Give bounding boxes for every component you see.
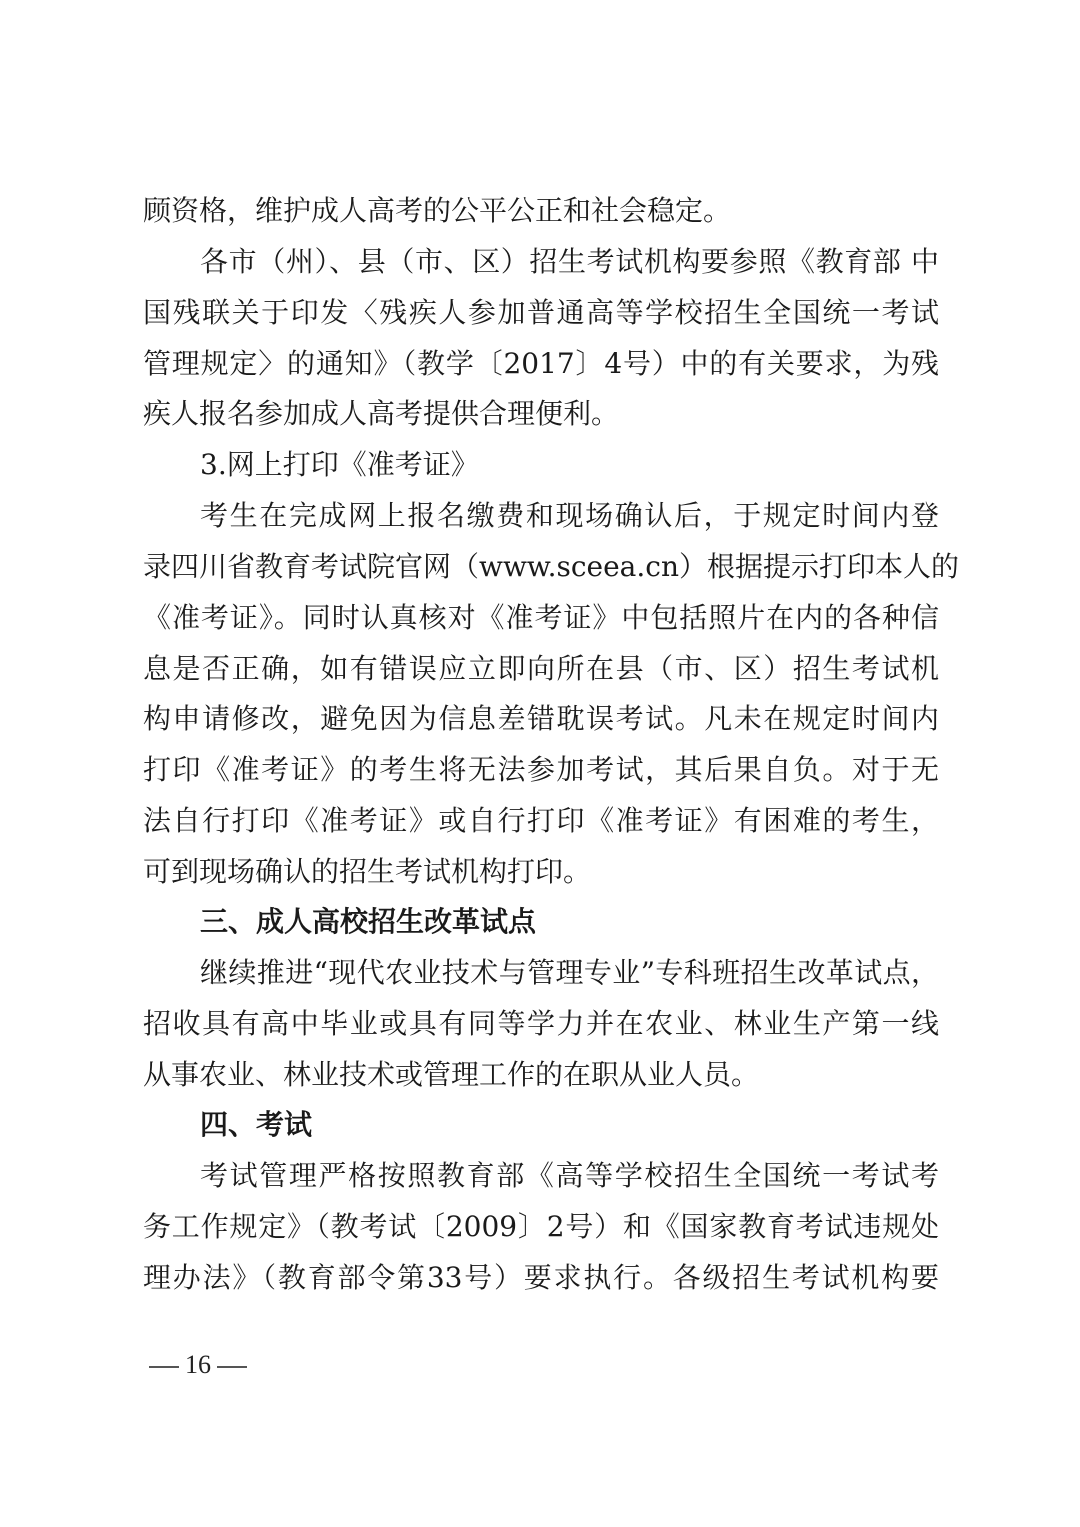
page-number: 16 [185,1350,211,1379]
text-line: 继续推进“现代农业技术与管理专业”专科班招生改革试点， [200,947,939,998]
text-line: 《准考证》。同时认真核对《准考证》中包括照片在内的各种信 [143,592,939,643]
dash-left [149,1366,179,1368]
section-heading: 三、成人高校招生改革试点 [200,896,939,947]
dash-right [217,1366,247,1368]
text-line: 录四川省教育考试院官网（www.sceea.cn）根据提示打印本人的 [143,541,939,592]
text-line: 构申请修改，避免因为信息差错耽误考试。凡未在规定时间内 [143,693,939,744]
text-line: 考生在完成网上报名缴费和现场确认后，于规定时间内登 [200,490,939,541]
page-footer: 16 [143,1345,253,1385]
text-line: 管理规定〉的通知》（教学〔2017〕4号）中的有关要求，为残 [143,338,939,389]
text-line: 法自行打印《准考证》或自行打印《准考证》有困难的考生， [143,795,939,846]
text-line: 国残联关于印发〈残疾人参加普通高等学校招生全国统一考试 [143,287,939,338]
text-line: 务工作规定》（教考试〔2009〕2号）和《国家教育考试违规处 [143,1201,939,1252]
text-line: 招收具有高中毕业或具有同等学力并在农业、林业生产第一线 [143,998,939,1049]
text-line: 顾资格，维护成人高考的公平公正和社会稳定。 [143,185,939,236]
text-line: 从事农业、林业技术或管理工作的在职从业人员。 [143,1049,939,1100]
text-line: 可到现场确认的招生考试机构打印。 [143,846,939,897]
text-line: 息是否正确，如有错误应立即向所在县（市、区）招生考试机 [143,643,939,694]
text-line: 考试管理严格按照教育部《高等学校招生全国统一考试考 [200,1150,939,1201]
text-line: 各市（州）、县（市、区）招生考试机构要参照《教育部 中 [200,236,939,287]
document-page: 顾资格，维护成人高考的公平公正和社会稳定。 各市（州）、县（市、区）招生考试机构… [0,0,1080,1527]
section-heading: 四、考试 [200,1099,939,1150]
text-line: 疾人报名参加成人高考提供合理便利。 [143,388,939,439]
subsection-title: 3.网上打印《准考证》 [200,439,939,490]
text-line: 理办法》（教育部令第33号）要求执行。各级招生考试机构要 [143,1252,939,1303]
text-line: 打印《准考证》的考生将无法参加考试，其后果自负。对于无 [143,744,939,795]
